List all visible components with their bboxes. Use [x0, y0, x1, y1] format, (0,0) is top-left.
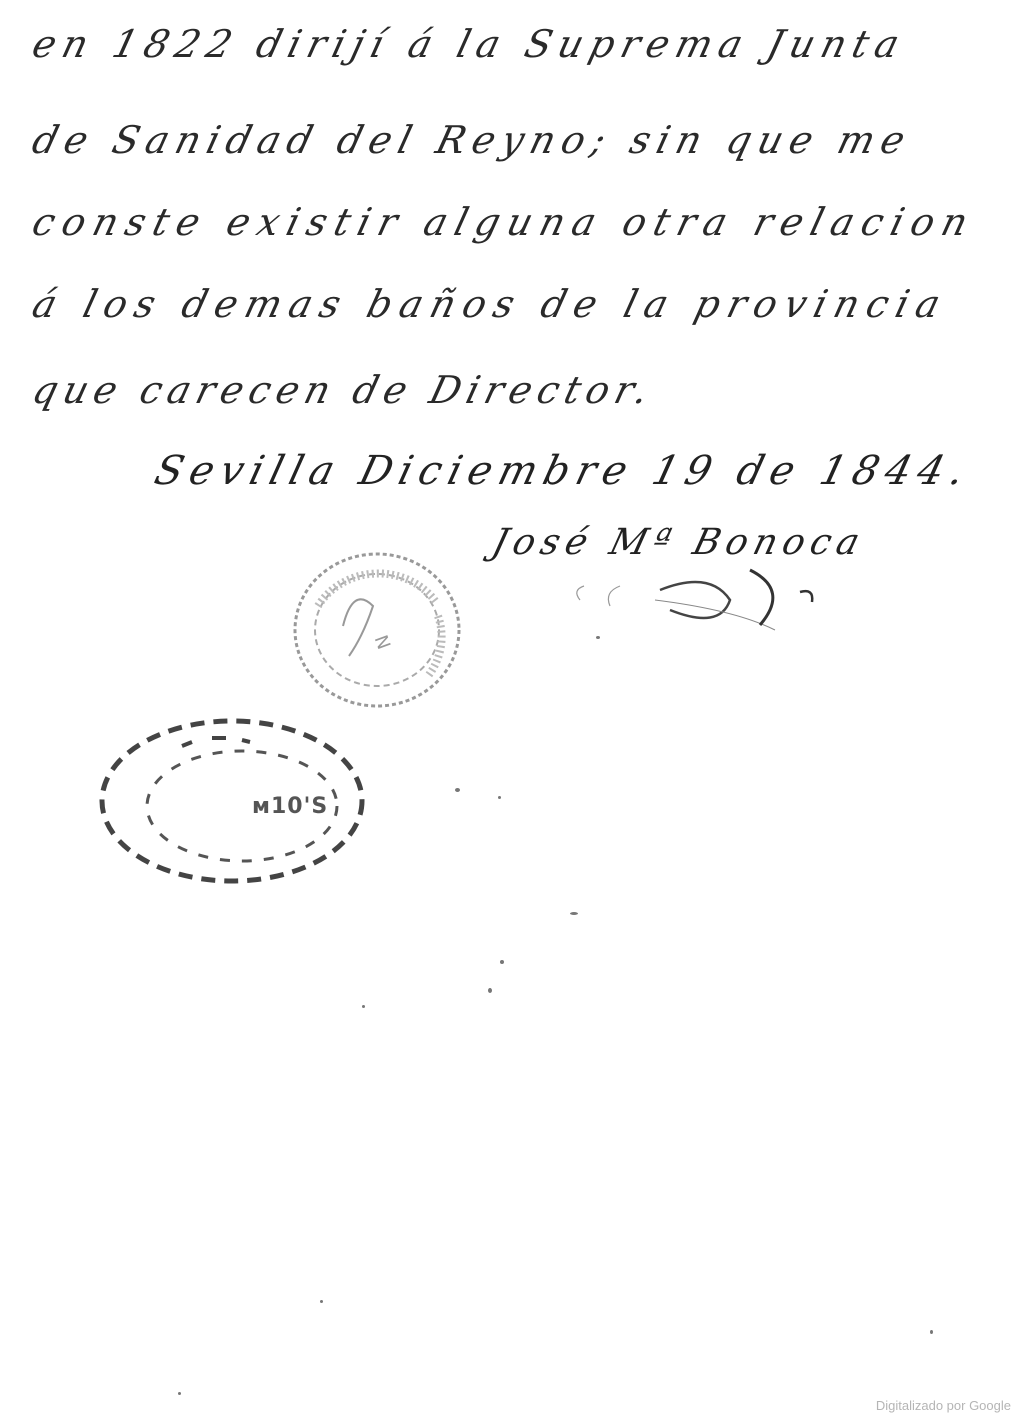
ink-speck	[362, 1005, 365, 1008]
body-line-3: conste existir alguna otra relacion	[28, 200, 980, 244]
signature-rubric-icon	[560, 560, 860, 640]
ink-speck	[498, 796, 501, 799]
svg-text:N: N	[370, 633, 394, 653]
ink-speck	[500, 960, 504, 964]
digitization-watermark: Digitalizado por Google	[876, 1398, 1011, 1413]
round-stamp-icon: N	[288, 546, 466, 714]
body-line-5: que carecen de Director.	[28, 368, 659, 412]
oval-stamp-text: ᴍ10'S	[252, 794, 328, 819]
ink-speck	[596, 636, 600, 639]
body-line-1: en 1822 dirijí á la Suprema Junta	[28, 22, 911, 66]
signature: José Mª Bonoca	[488, 522, 870, 563]
ink-speck	[178, 1392, 181, 1395]
body-line-2: de Sanidad del Reyno; sin que me	[28, 118, 917, 162]
body-line-4: á los demas baños de la provincia	[28, 282, 953, 326]
oval-stamp-icon	[92, 706, 372, 896]
ink-speck	[455, 788, 460, 792]
ink-speck	[570, 912, 578, 915]
ink-speck	[320, 1300, 323, 1303]
ink-speck	[488, 988, 492, 993]
document-page: en 1822 dirijí á la Suprema Junta de San…	[0, 0, 1025, 1423]
date-line: Sevilla Diciembre 19 de 1844.	[150, 448, 976, 494]
ink-speck	[930, 1330, 933, 1334]
oval-stamp: ᴍ10'S	[92, 706, 372, 896]
